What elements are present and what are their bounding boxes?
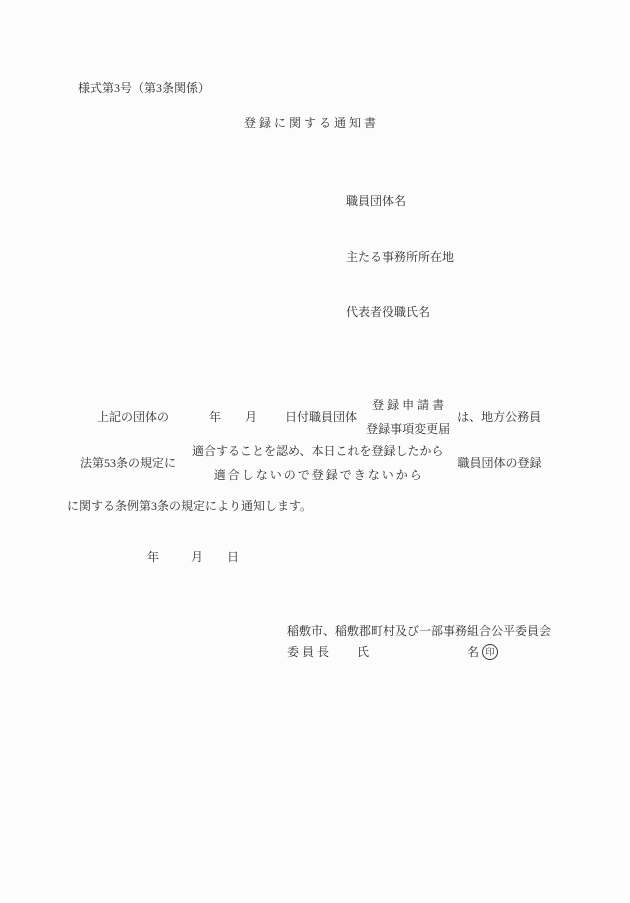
line1-tail-text: は、地方公務員 xyxy=(457,405,541,429)
signature-surname-label: 氏 xyxy=(357,643,369,660)
choice-registration-application: 登 録 申 請 書 xyxy=(372,393,444,417)
field-label-organization-name: 職員団体名 xyxy=(346,192,406,209)
form-number: 様式第3号（第3条関係） xyxy=(78,79,210,96)
signature-chairperson-label: 委 員 長 xyxy=(287,643,329,660)
line2-lead-text: 法第53条の規定に xyxy=(80,451,176,475)
date-year-label: 年 xyxy=(147,548,159,565)
date-day-label: 日 xyxy=(227,548,239,565)
line1-year-label: 年 xyxy=(209,405,221,429)
body-line-2: 法第53条の規定に 適合することを認め、本日これを登録したから 適 合 し な … xyxy=(80,439,542,487)
date-month-label: 月 xyxy=(191,548,203,565)
choice-not-conforms-not-registered: 適 合 し な い の で 登 録 で き な い か ら xyxy=(214,463,422,487)
choice-registered-matter-change: 登録事項変更届 xyxy=(366,417,450,441)
signature-line: 委 員 長 氏 名 印 xyxy=(287,643,498,660)
choice-conforms-registered: 適合することを認め、本日これを登録したから xyxy=(192,439,444,463)
seal-mark-icon: 印 xyxy=(482,644,498,660)
line1-choice-stack: 登 録 申 請 書 登録事項変更届 xyxy=(366,393,450,441)
body-line-3: に関する条例第3条の規定により通知します。 xyxy=(67,494,312,518)
line3-text: に関する条例第3条の規定により通知します。 xyxy=(67,494,312,518)
date-line: 年 月 日 xyxy=(147,548,239,565)
field-label-main-office-address: 主たる事務所所在地 xyxy=(346,248,454,265)
line2-tail-text: 職員団体の登録 xyxy=(458,451,542,475)
line1-lead-text: 上記の団体の xyxy=(97,405,169,429)
signature-given-name-label: 名 xyxy=(467,643,479,660)
document-title: 登 録 に 関 す る 通 知 書 xyxy=(0,114,620,131)
field-label-representative-title-name: 代表者役職氏名 xyxy=(346,303,430,320)
registration-notification-form: 様式第3号（第3条関係） 登 録 に 関 す る 通 知 書 職員団体名 主たる… xyxy=(0,0,630,903)
line2-choice-stack: 適合することを認め、本日これを登録したから 適 合 し な い の で 登 録 … xyxy=(192,439,444,487)
body-line-1: 上記の団体の 年 月 日付職員団体 登 録 申 請 書 登録事項変更届 は、地方… xyxy=(97,393,541,441)
signature-commission-name: 稲敷市、稲敷郡町村及び一部事務組合公平委員会 xyxy=(287,622,551,639)
line1-month-label: 月 xyxy=(245,405,257,429)
line1-day-suffix-text: 日付職員団体 xyxy=(285,405,357,429)
